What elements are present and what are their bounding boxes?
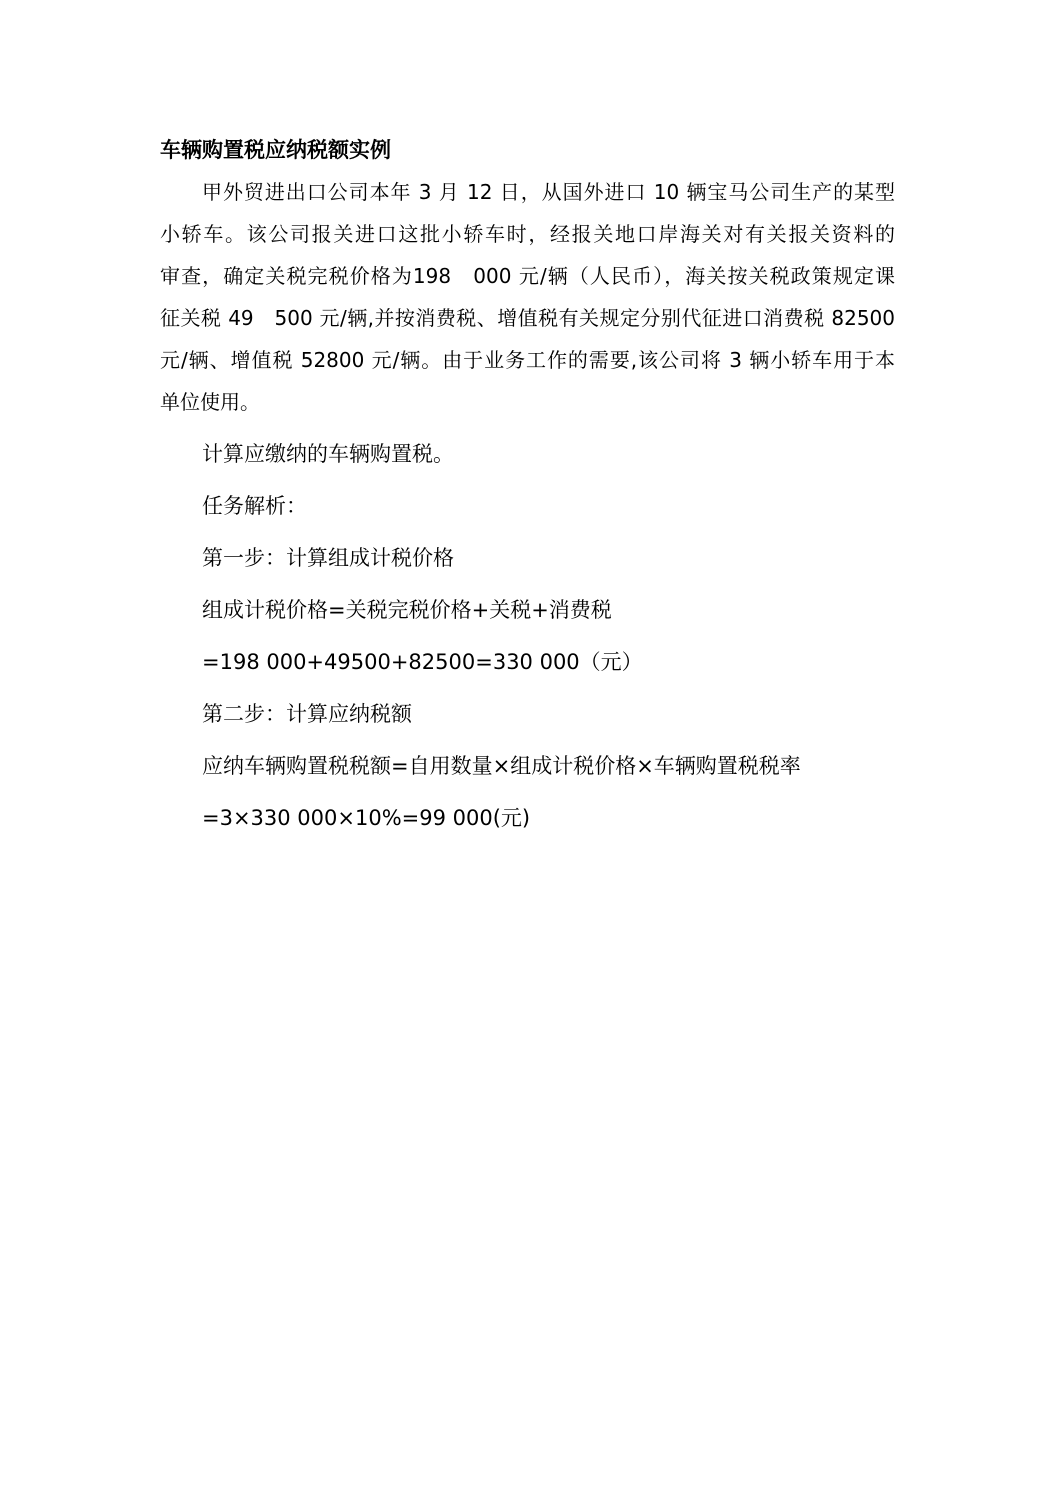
paragraph-line: 单位使用。 (160, 381, 895, 423)
step1-heading: 第一步：计算组成计税价格 (160, 537, 895, 579)
step1-calculation: =198 000+49500+82500=330 000（元） (160, 641, 895, 683)
case-description-paragraph: 甲外贸进出口公司本年 3 月 12 日，从国外进口 10 辆宝马公司生产的某型 … (160, 171, 895, 423)
document-content: 车辆购置税应纳税额实例 甲外贸进出口公司本年 3 月 12 日，从国外进口 10… (160, 129, 895, 839)
paragraph-line: 征关税 49 500 元/辆,并按消费税、增值税有关规定分别代征进口消费税 82… (160, 297, 895, 339)
step1-formula: 组成计税价格=关税完税价格+关税+消费税 (160, 589, 895, 631)
paragraph-line: 小轿车。该公司报关进口这批小轿车时，经报关地口岸海关对有关报关资料的 (160, 213, 895, 255)
step2-formula: 应纳车辆购置税税额=自用数量×组成计税价格×车辆购置税税率 (160, 745, 895, 787)
paragraph-line: 甲外贸进出口公司本年 3 月 12 日，从国外进口 10 辆宝马公司生产的某型 (160, 171, 895, 213)
step2-calculation: =3×330 000×10%=99 000(元) (160, 797, 895, 839)
document-page: 车辆购置税应纳税额实例 甲外贸进出口公司本年 3 月 12 日，从国外进口 10… (0, 0, 1059, 1497)
task-line: 计算应缴纳的车辆购置税。 (160, 433, 895, 475)
paragraph-line: 审查，确定关税完税价格为198 000 元/辆（人民币），海关按关税政策规定课 (160, 255, 895, 297)
step2-heading: 第二步：计算应纳税额 (160, 693, 895, 735)
analysis-heading: 任务解析： (160, 485, 895, 527)
paragraph-line: 元/辆、增值税 52800 元/辆。由于业务工作的需要,该公司将 3 辆小轿车用… (160, 339, 895, 381)
document-title: 车辆购置税应纳税额实例 (160, 129, 895, 171)
